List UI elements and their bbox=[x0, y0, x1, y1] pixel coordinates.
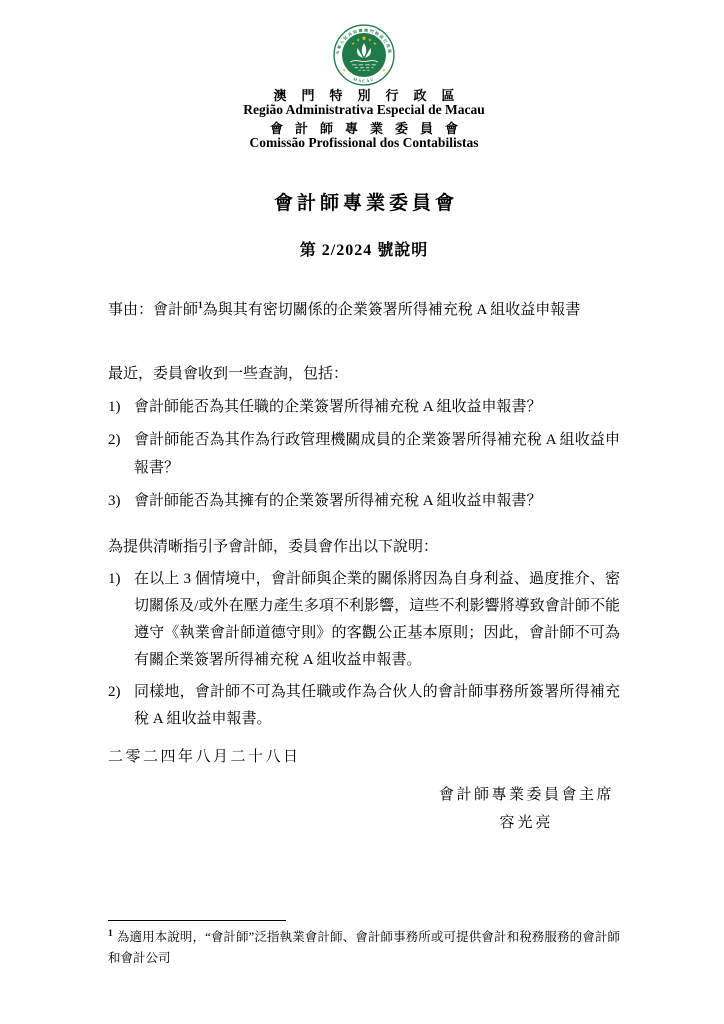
list-item-text: 會計師能否為其作為行政管理機關成員的企業簽署所得補充稅 A 組收益申報書？ bbox=[134, 426, 620, 482]
list-item: 1) 會計師能否為其任職的企業簽署所得補充稅 A 組收益申報書？ bbox=[108, 393, 620, 421]
list-item-marker: 1) bbox=[108, 566, 134, 674]
list-item: 3) 會計師能否為其擁有的企業簽署所得補充稅 A 組收益申報書？ bbox=[108, 487, 620, 515]
footnote-separator bbox=[108, 920, 286, 921]
document-number: 第 2/2024 號說明 bbox=[108, 240, 620, 262]
footnote-section: 1為適用本說明，“會計師”泛指執業會計師、會計師事務所或可提供會計和稅務服務的會… bbox=[108, 920, 620, 969]
footnote-text: 1為適用本說明，“會計師”泛指執業會計師、會計師事務所或可提供會計和稅務服務的會… bbox=[108, 927, 620, 969]
list-item-text: 在以上 3 個情境中，會計師與企業的關係將因為自身利益、過度推介、密切關係及/或… bbox=[134, 566, 620, 674]
subject-line: 事由：會計師1為與其有密切關係的企業簽署所得補充稅 A 組收益申報書 bbox=[108, 296, 620, 324]
list-item-text: 同樣地，會計師不可為其任職或作為合伙人的會計師事務所簽署所得補充稅 A 組收益申… bbox=[134, 679, 620, 733]
subject-prefix: 事由：會計師 bbox=[108, 302, 198, 318]
signatory-name: 容光亮 bbox=[439, 809, 614, 837]
clarifications-list: 1) 在以上 3 個情境中，會計師與企業的關係將因為自身利益、過度推介、密切關係… bbox=[108, 566, 620, 733]
signature-block: 會計師專業委員會主席 容光亮 bbox=[439, 781, 614, 837]
document-date: 二零二四年八月二十八日 bbox=[108, 743, 620, 771]
header-region-zh: 澳門特別行政區 bbox=[108, 88, 620, 103]
header-region-pt: Região Administrativa Especial de Macau bbox=[108, 103, 620, 117]
document-content: 中華人民共和國澳門特別行政區 MACAU bbox=[0, 0, 724, 837]
list-item-text: 會計師能否為其任職的企業簽署所得補充稅 A 組收益申報書？ bbox=[134, 393, 620, 421]
enquiries-intro: 最近，委員會收到一些查詢，包括： bbox=[108, 360, 620, 388]
list-item-marker: 2) bbox=[108, 426, 134, 482]
footnote-body: 為適用本說明，“會計師”泛指執業會計師、會計師事務所或可提供會計和稅務服務的會計… bbox=[108, 930, 620, 965]
signatory-title: 會計師專業委員會主席 bbox=[439, 781, 614, 809]
list-item: 2) 會計師能否為其作為行政管理機關成員的企業簽署所得補充稅 A 組收益申報書？ bbox=[108, 426, 620, 482]
header-org-zh: 會計師專業委員會 bbox=[108, 121, 620, 136]
document-title: 會計師專業委員會 bbox=[108, 192, 620, 216]
document-page: 中華人民共和國澳門特別行政區 MACAU bbox=[0, 0, 724, 1024]
enquiries-list: 1) 會計師能否為其任職的企業簽署所得補充稅 A 組收益申報書？ 2) 會計師能… bbox=[108, 393, 620, 515]
header-org-pt: Comissão Profissional dos Contabilistas bbox=[108, 136, 620, 150]
list-item-marker: 2) bbox=[108, 679, 134, 733]
subject-text: 為與其有密切關係的企業簽署所得補充稅 A 組收益申報書 bbox=[203, 302, 581, 318]
letterhead: 中華人民共和國澳門特別行政區 MACAU bbox=[108, 24, 620, 150]
guidance-intro: 為提供清晰指引予會計師，委員會作出以下說明： bbox=[108, 533, 620, 561]
list-item: 1) 在以上 3 個情境中，會計師與企業的關係將因為自身利益、過度推介、密切關係… bbox=[108, 566, 620, 674]
list-item-marker: 3) bbox=[108, 487, 134, 515]
list-item-text: 會計師能否為其擁有的企業簽署所得補充稅 A 組收益申報書？ bbox=[134, 487, 620, 515]
footnote-number: 1 bbox=[108, 929, 113, 939]
macau-sar-emblem-icon: 中華人民共和國澳門特別行政區 MACAU bbox=[108, 24, 620, 86]
list-item: 2) 同樣地，會計師不可為其任職或作為合伙人的會計師事務所簽署所得補充稅 A 組… bbox=[108, 679, 620, 733]
list-item-marker: 1) bbox=[108, 393, 134, 421]
